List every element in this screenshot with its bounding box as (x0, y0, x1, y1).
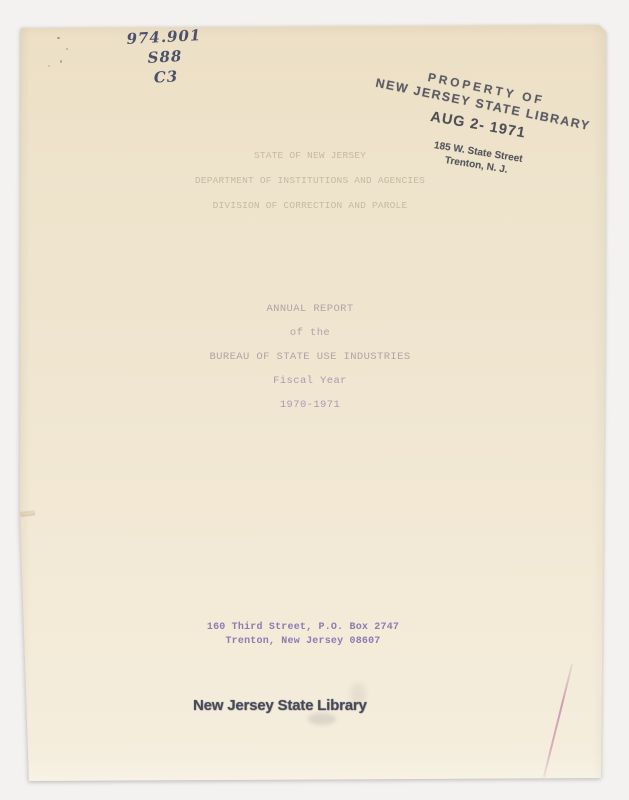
report-title-line: BUREAU OF STATE USE INDUSTRIES (17, 345, 603, 369)
report-title-line: Fiscal Year (17, 369, 603, 393)
paper-speck (57, 37, 60, 39)
library-name-stamp: New Jersey State Library (193, 697, 367, 714)
paper-speck (48, 65, 50, 67)
typed-address-block: 160 Third Street, P.O. Box 2747 Trenton,… (10, 621, 596, 649)
address-line: 160 Third Street, P.O. Box 2747 (10, 621, 596, 635)
report-title-line: of the (17, 321, 603, 345)
report-title-block: ANNUAL REPORT of the BUREAU OF STATE USE… (17, 297, 603, 417)
paper-edge-tear (20, 510, 35, 516)
handwritten-call-number: 974.901 S88 C3 (123, 25, 206, 89)
call-number-line: 974.901 (123, 25, 204, 49)
scan-background: 974.901 S88 C3 PROPERTY OF NEW JERSEY ST… (0, 0, 629, 800)
document-page-wrapper: 974.901 S88 C3 PROPERTY OF NEW JERSEY ST… (20, 25, 606, 782)
typed-letterhead: STATE OF NEW JERSEY DEPARTMENT OF INSTIT… (17, 143, 603, 218)
letterhead-line: STATE OF NEW JERSEY (17, 143, 603, 168)
letterhead-line: DIVISION OF CORRECTION AND PAROLE (17, 193, 603, 218)
paper-speck (60, 60, 62, 63)
report-title-line: ANNUAL REPORT (17, 297, 603, 321)
letterhead-line: DEPARTMENT OF INSTITUTIONS AND AGENCIES (17, 168, 603, 193)
pen-mark (543, 663, 573, 777)
call-number-line: C3 (126, 65, 207, 89)
document-page: 974.901 S88 C3 PROPERTY OF NEW JERSEY ST… (20, 25, 606, 782)
address-line: Trenton, New Jersey 08607 (10, 635, 596, 649)
paper-speck (66, 48, 68, 50)
ink-smudge (308, 713, 336, 725)
report-title-line: 1970-1971 (17, 393, 603, 417)
